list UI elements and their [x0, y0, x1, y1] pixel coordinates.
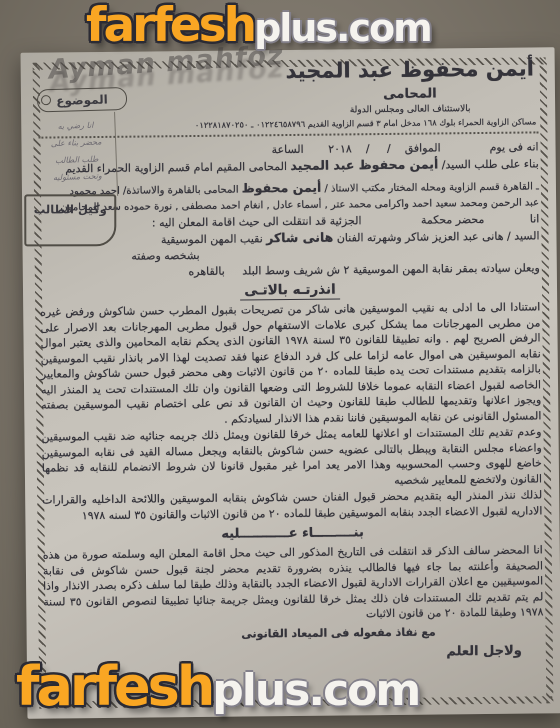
- notice-paragraph-2: وعدم تقديم تلك المستندات او اعلانها للعا…: [41, 424, 542, 491]
- letterhead: أيمن محفوظ عبد المجيد المحامى بالاستئناف…: [284, 53, 537, 131]
- recipient-prefix: السيد / هانى عبد العزيز شاكر وشهرته الفن…: [333, 229, 539, 244]
- notice-heading: انذرتـه بالاتـى: [240, 281, 340, 300]
- office-lawyer-name: أيمن محفوظ: [242, 180, 322, 196]
- brand-word-pluscom: plus.com: [254, 6, 431, 50]
- request-prefix: بناء على طلب السيد/: [438, 157, 539, 171]
- handwritten-line: محضر بناء على: [43, 133, 110, 152]
- notice-paragraph-3: لذلك ننذر المنذر اليه بتقديم محضر قبول ا…: [42, 487, 542, 523]
- brand-word-farfesh: farfesh: [16, 655, 212, 718]
- requester-name: أيمن محفوظ عبد المجيد: [290, 156, 438, 173]
- document-photo: Ayman mahfoz الموضوع انا رضي به محضر بنا…: [0, 0, 560, 728]
- lawyer-title: المحامى: [284, 83, 536, 105]
- brand-word-farfesh: farfesh: [86, 0, 254, 53]
- brand-word-pluscom: plus.com: [212, 665, 419, 716]
- conclusion-heading: بنـــــــــاء عـــــــــــليه: [43, 523, 543, 543]
- legal-effect-line: مع نفاذ مفعوله فى الميعاد القانونى: [44, 623, 436, 644]
- office-address: مساكن الزاوية الحمراء بلوك ١٦٨ مدخل امام…: [284, 115, 536, 131]
- handwritten-note: انا رضي به محضر بناء على طلب الطالب وتحت…: [42, 112, 118, 199]
- brand-watermark-top: farfeshplus.com: [86, 2, 431, 49]
- lawyer-name: أيمن محفوظ عبد المجيد: [284, 53, 536, 86]
- recipient-suffix: نقيب المهن الموسيقية: [161, 232, 266, 246]
- paper-sheet: Ayman mahfoz الموضوع انا رضي به محضر بنا…: [21, 47, 560, 719]
- subject-stamp: الموضوع: [37, 87, 128, 113]
- handwritten-line: وتحت مسئوليه: [44, 167, 111, 186]
- office-prefix: ـ القاهرة قسم الزاوية ومحله المختار مكتب…: [321, 181, 539, 194]
- notice-paragraph-1: استنادا الى ما ادلى به نقيب الموسيقين ها…: [40, 299, 541, 428]
- recipient-name: هانى شاكر: [266, 230, 333, 246]
- conclusion-paragraph: انا المحضر سالف الذكر قد انتقلت فى التار…: [43, 542, 544, 625]
- brand-watermark-bottom: farfeshplus.com: [16, 660, 419, 714]
- capacity-line: بشخصه وصفته: [40, 248, 200, 266]
- agent-stamp: وكيل الطالب: [24, 194, 116, 246]
